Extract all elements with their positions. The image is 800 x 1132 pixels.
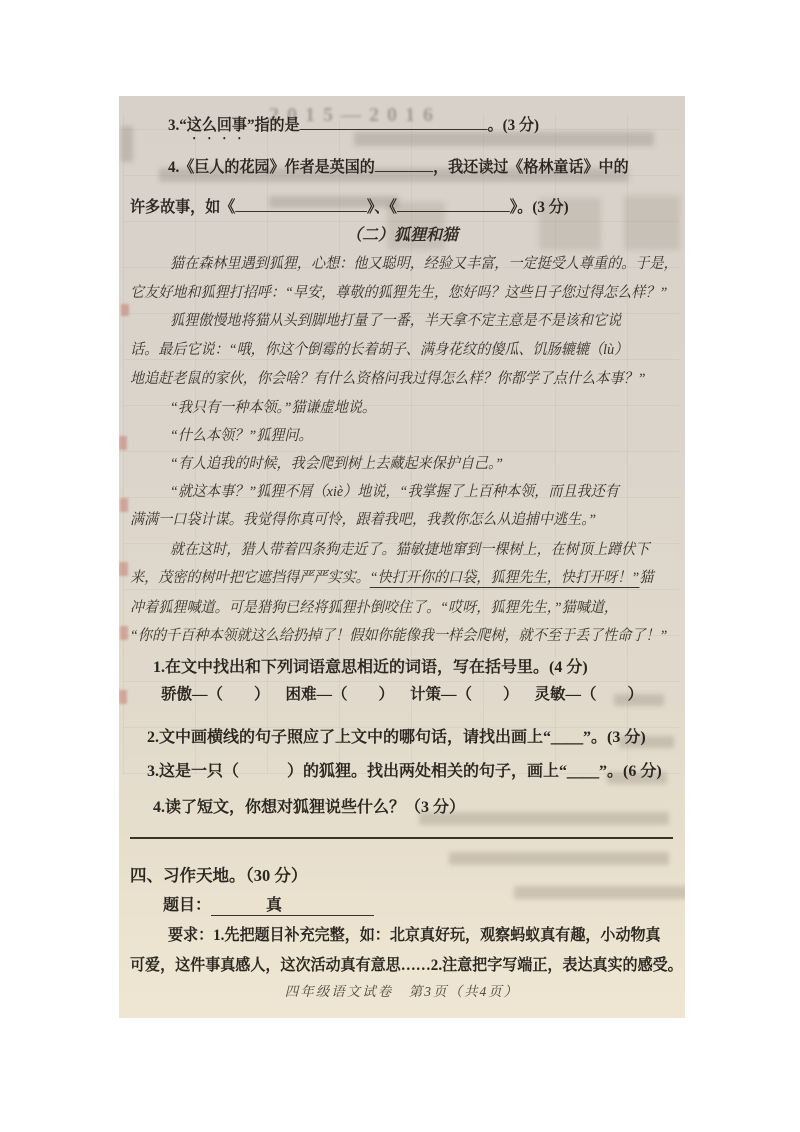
synonym-item: 计策—（ ） (410, 682, 519, 704)
passage-line: “有人追我的时候，我会爬到树上去藏起来保护自己。” (170, 452, 503, 473)
question-4-continuation: ，我还读过《格林童话》中的 (433, 159, 629, 176)
question-3-line: 3.“这么回事”指的是。(3 分) (168, 112, 539, 143)
question-1: 1.在文中找出和下列词语意思相近的词语，写在括号里。(4 分) (153, 654, 588, 677)
question-4-line2-mid: 》、《 (367, 199, 397, 216)
section-4-title: 四、习作天地。（30 分） (130, 862, 307, 886)
answer-blank (235, 196, 367, 212)
passage-line: “你的千百种本领就这么给扔掉了！假如你能像我一样会爬树，就不至于丢了性命了！” (130, 624, 667, 645)
margin-mark (119, 690, 127, 704)
exam-paper: 2015—2016 3.“这么回事”指的是。(3 分) 4.《巨人的花园》作者是… (119, 96, 685, 1018)
page-footer: 四年级语文试卷 第3页（共4页） (119, 980, 685, 1000)
answer-blank (397, 196, 510, 212)
question-2: 2.文中画横线的句子照应了上文中的哪句话，请找出画上“＿＿”。(3 分) (147, 724, 646, 747)
synonym-item: 困难—（ ） (285, 682, 394, 704)
composition-title-label: 题目： (163, 897, 211, 914)
margin-mark (120, 626, 128, 640)
composition-title-blank: 真 (211, 897, 374, 916)
passage-line: 就在这时，猎人带着四条狗走近了。猫敏捷地窜到一棵树上，在树顶上蹲伏下 (170, 538, 649, 559)
passage-line-underlined: 来，茂密的树叶把它遮挡得严严实实。“快打开你的口袋，狐狸先生，快打开呀！”猫 (130, 566, 653, 587)
passage-line: 话。最后它说：“哦，你这个倒霉的长着胡子、满身花纹的傻瓜、饥肠辘辘（lù） (130, 338, 628, 359)
question-3-label: ”指的是 (247, 117, 300, 134)
question-4-line2: 许多故事，如《》、《》。(3 分) (130, 194, 569, 217)
passage-heading: （二）狐狸和猫 (119, 222, 685, 245)
passage-line: 猫在森林里遇到狐狸，心想：他又聪明，经验又丰富，一定挺受人尊重的。于是， (170, 252, 678, 273)
question-3-points: 。(3 分) (488, 117, 539, 134)
question-4-line2-prefix: 许多故事，如《 (130, 199, 235, 216)
margin-mark (119, 436, 127, 450)
question-4-line1: 4.《巨人的花园》作者是英国的，我还读过《格林童话》中的 (168, 154, 629, 177)
passage-line12-underlined-sentence: “快打开你的口袋，狐狸先生，快打开呀！” (370, 570, 639, 588)
passage-line: 满满一口袋计谋。我觉得你真可怜，跟着我吧，我教你怎么从追捕中逃生。” (130, 508, 596, 529)
passage-line: “我只有一种本领。”猫谦虚地说。 (170, 396, 376, 417)
margin-mark (121, 304, 129, 316)
question-3-prefix: 3.“ (168, 117, 187, 134)
composition-title-line: 题目：真 (163, 892, 374, 915)
scanned-page-canvas: 2015—2016 3.“这么回事”指的是。(3 分) 4.《巨人的花园》作者是… (0, 0, 800, 1132)
margin-mark (120, 498, 128, 512)
margin-mark (119, 562, 128, 576)
passage-line: 它友好地和狐狸打招呼：“早安，尊敬的狐狸先生，您好吗？这些日子您过得怎么样？” (130, 281, 667, 302)
synonym-item: 骄傲—（ ） (161, 682, 270, 704)
answer-blank (300, 114, 488, 130)
bleedthrough-mark (449, 852, 669, 865)
passage-line12-post: 猫 (639, 570, 653, 586)
passage-line: 狐狸傲慢地将猫从头到脚地打量了一番，半天拿不定主意是不是该和它说 (170, 309, 621, 330)
answer-blank (375, 156, 433, 172)
passage-line12-pre: 来，茂密的树叶把它遮挡得严严实实。 (130, 570, 370, 586)
question-3b: 3.这是一只（ ）的狐狸。找出两处相关的句子，画上“＿＿”。(6 分) (147, 758, 662, 781)
passage-line: “就这本事？”狐狸不屑（xiè）地说，“我掌握了上百种本领，而且我还有 (170, 480, 619, 501)
question-4b: 4.读了短文，你想对狐狸说些什么？（3 分） (153, 794, 465, 817)
bleedthrough-mark (121, 126, 133, 162)
question-4-points: 》。(3 分) (510, 199, 569, 216)
synonym-item: 灵敏—（ ） (534, 682, 643, 704)
passage-line: “什么本领？”狐狸问。 (170, 424, 313, 445)
section-divider (130, 837, 673, 839)
passage-line: 地追赶老鼠的家伙，你会啥？有什么资格问我过得怎么样？你都学了点什么本事？” (130, 367, 645, 388)
question-3-emphasized: 这么回事 (187, 117, 247, 134)
synonym-row: 骄傲—（ ） 困难—（ ） 计策—（ ） 灵敏—（ ） (161, 682, 643, 704)
requirements-line1: 要求：1.先把题目补充完整，如：北京真好玩，观察蚂蚁真有趣，小动物真 (168, 922, 661, 945)
composition-title-keyword: 真 (266, 897, 282, 914)
requirements-line2: 可爱，这件事真感人，这次活动真有意思……2.注意把字写端正，表达真实的感受。 (130, 952, 683, 975)
bleedthrough-mark (514, 886, 685, 899)
passage-line: 冲着狐狸喊道。可是猎狗已经将狐狸扑倒咬住了。“哎呀，狐狸先生，”猫喊道， (130, 596, 618, 617)
question-4-prefix: 4.《巨人的花园》作者是英国的 (168, 159, 375, 176)
